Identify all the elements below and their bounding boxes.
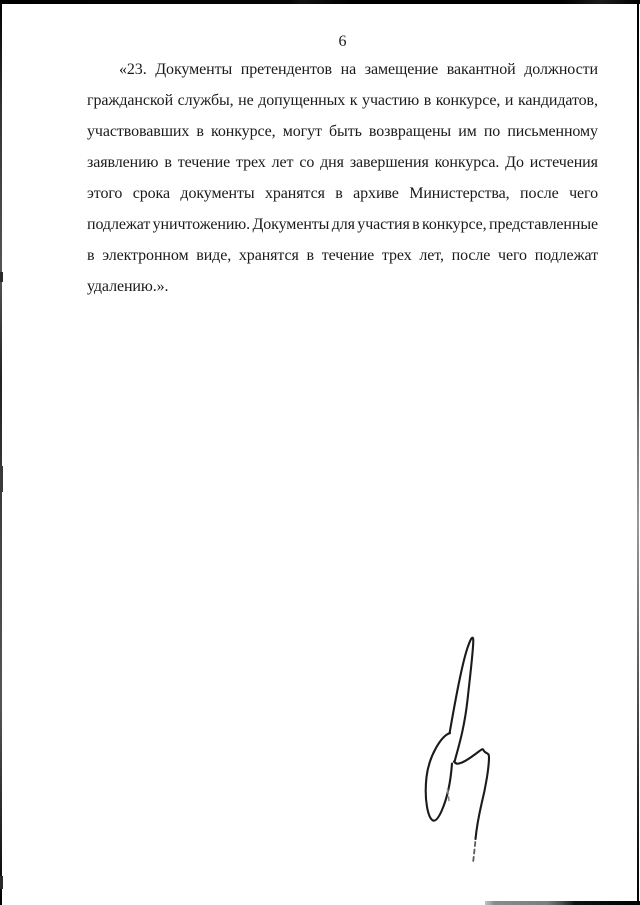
scan-edge-left — [0, 0, 2, 905]
scan-artifact — [0, 466, 3, 492]
paragraph-line: удалению.». — [87, 278, 598, 309]
handwritten-signature — [415, 625, 505, 870]
paragraph-line: «23.Документыпретендентовназамещениевака… — [87, 61, 598, 92]
scan-edge-right — [637, 0, 639, 905]
signature-stroke-hairpin — [450, 638, 474, 762]
paragraph-line: заявлениювтечениетрехлетсоднязавершенияк… — [87, 154, 598, 185]
scan-edge-top — [0, 0, 640, 4]
signature-stroke-oval — [426, 733, 452, 821]
body-paragraph: «23.Документыпретендентовназамещениевака… — [87, 61, 598, 309]
scan-artifact — [0, 272, 3, 282]
paragraph-line: подлежатуничтожению.Документыдляучастияв… — [87, 216, 598, 247]
signature-stroke-flourish — [454, 749, 489, 839]
paragraph-line: вэлектронномвиде,хранятсявтечениетрехлет… — [87, 247, 598, 278]
paragraph-line: гражданскойслужбы,недопущенныхкучастиювк… — [87, 92, 598, 123]
scan-edge-bottom — [485, 901, 640, 905]
signature-stroke-tail-fade — [473, 842, 475, 862]
page-number: 6 — [87, 34, 598, 50]
document-page: 6 «23.Документыпретендентовназамещениева… — [0, 0, 640, 905]
paragraph-line: этогосрокадокументыхранятсявархивеМинист… — [87, 185, 598, 216]
scan-artifact — [0, 876, 3, 889]
paragraph-line: участвовавшихвконкурсе,могутбытьвозвраще… — [87, 123, 598, 154]
